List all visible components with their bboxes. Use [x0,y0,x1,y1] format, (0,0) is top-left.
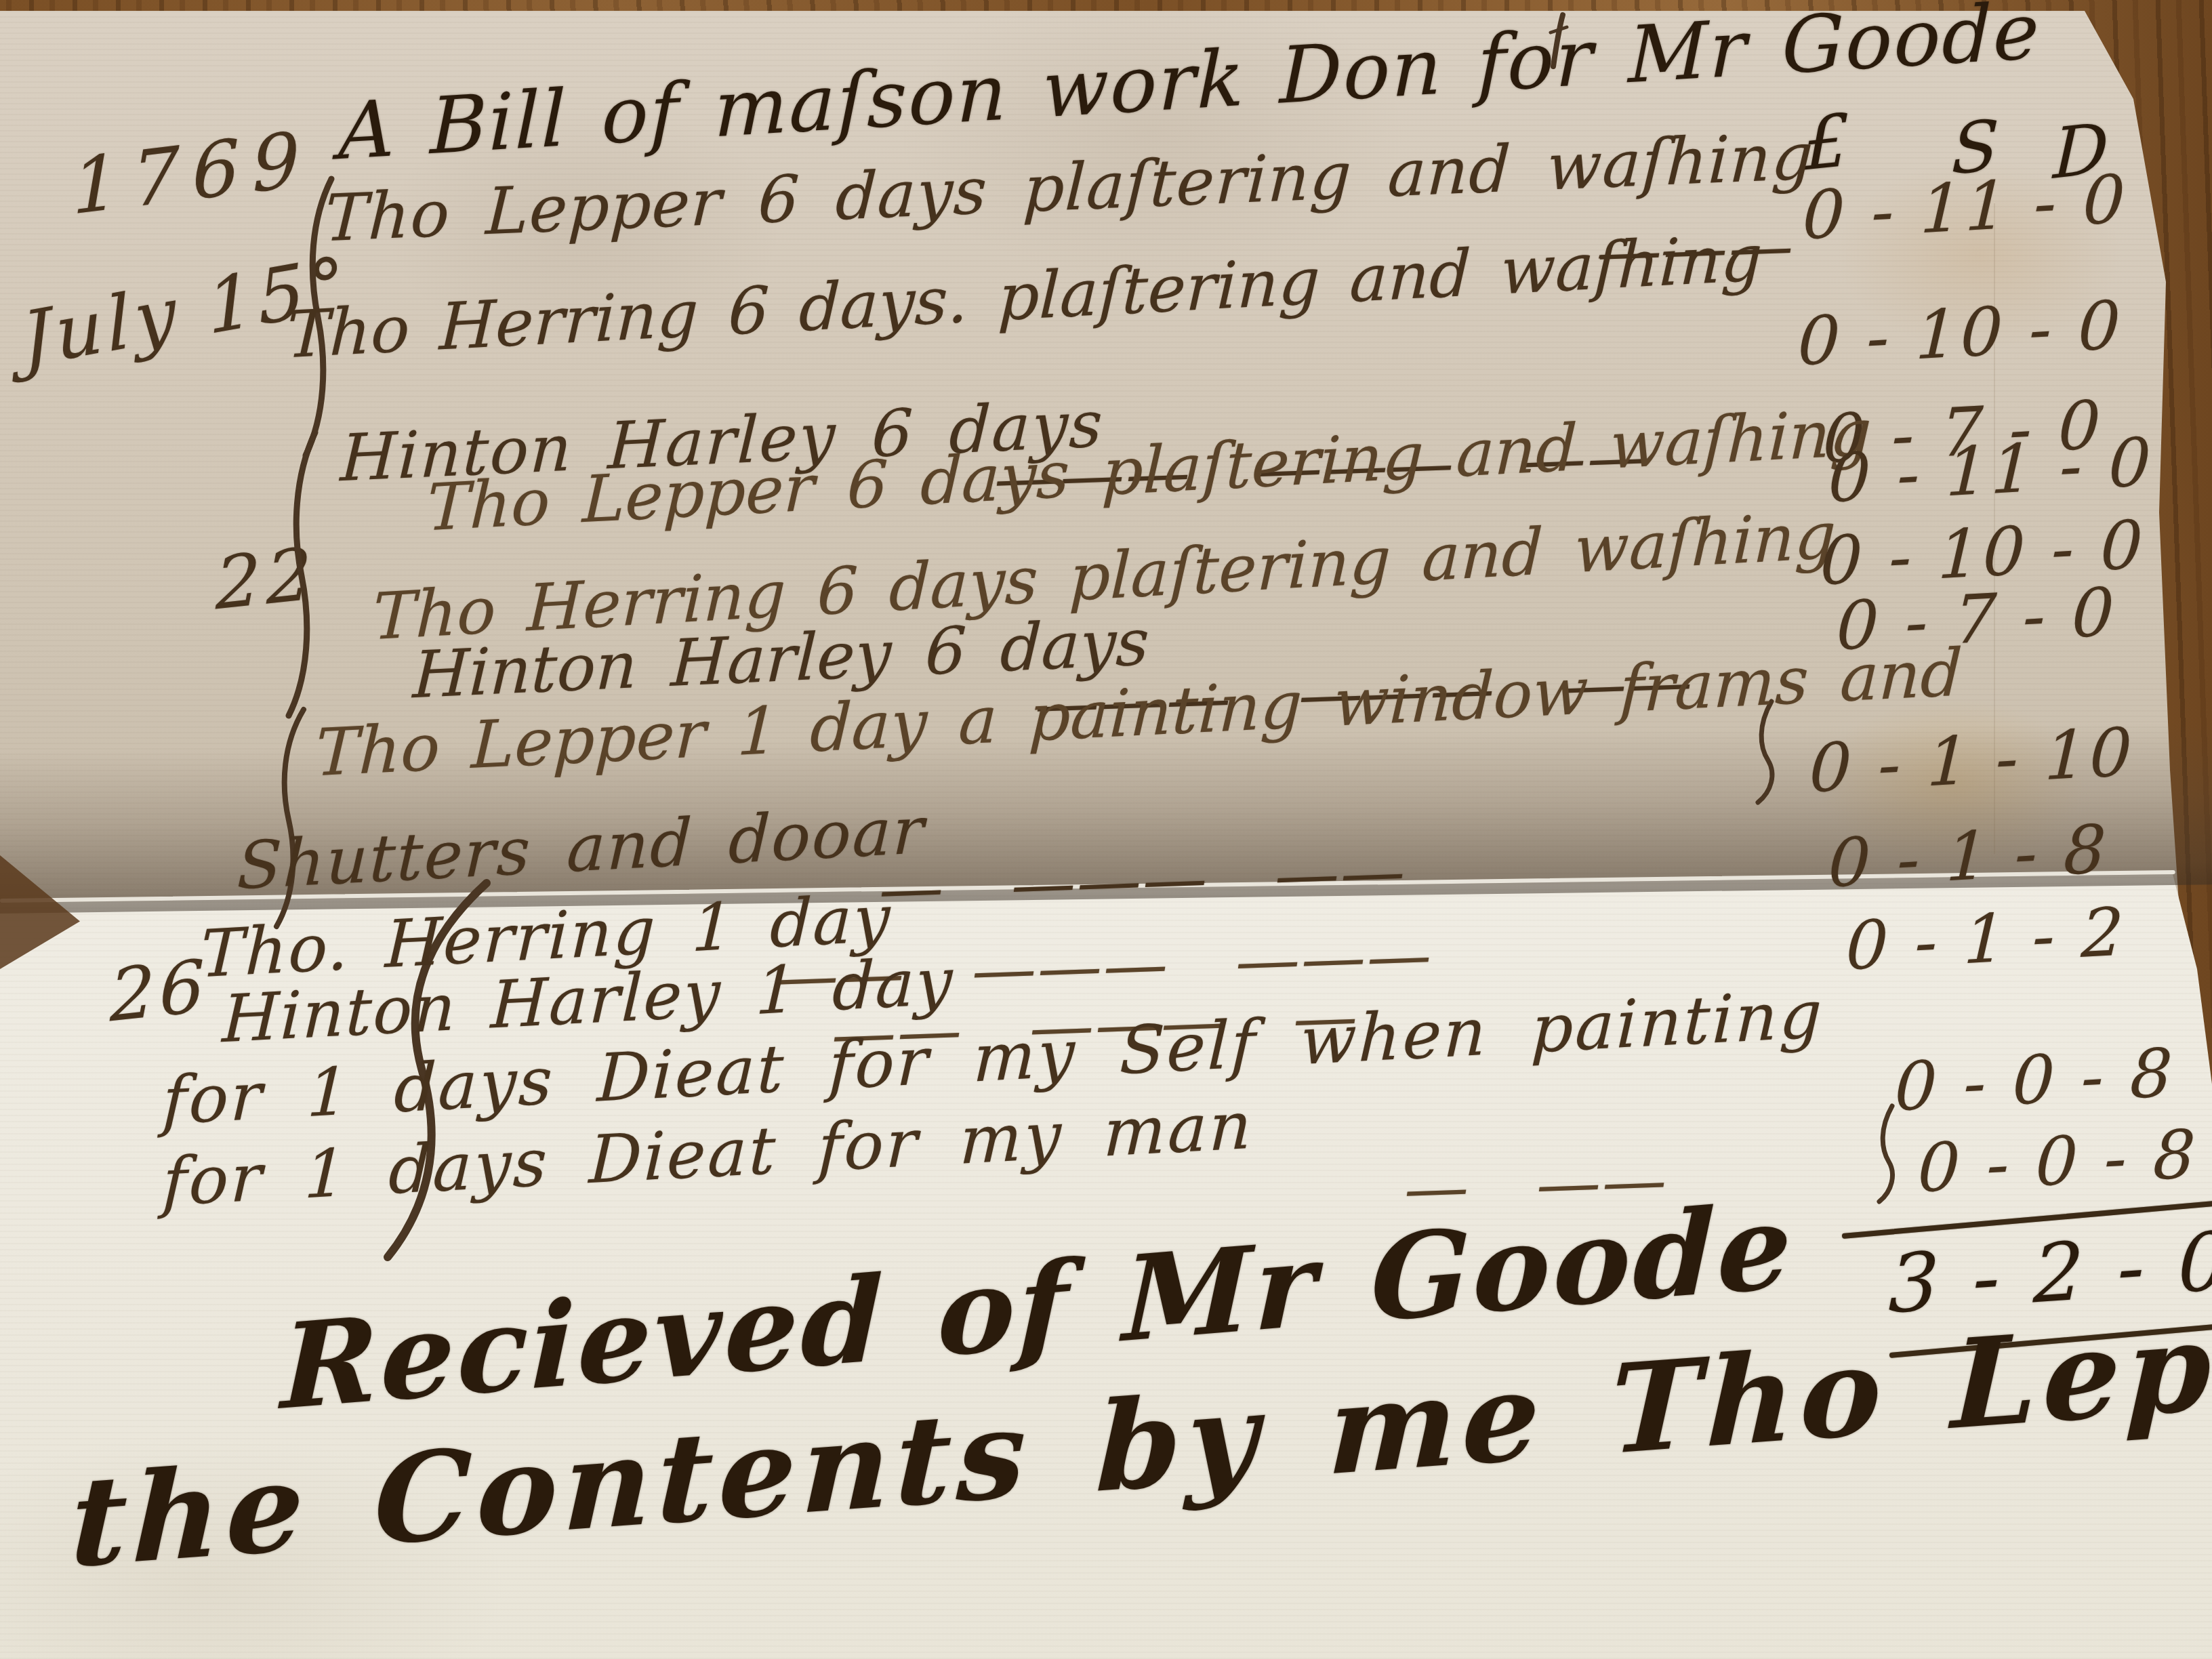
bill-row-amount: 0 - 1 - 8 [1827,811,2110,903]
date-26: 26 [110,944,209,1038]
photograph-of-1769-bill: { "bill": { "title": "A Bill of maſson w… [0,0,2212,1659]
ink-smudge [1547,12,1570,69]
bill-row-amount: 0 - 0 - 8 [1917,1115,2199,1208]
bill-row-amount: 0 - 1 - 2 [1845,893,2127,985]
bill-row-amount: 0 - 0 - 8 [1893,1034,2176,1126]
group-bracket-22 [283,428,321,720]
